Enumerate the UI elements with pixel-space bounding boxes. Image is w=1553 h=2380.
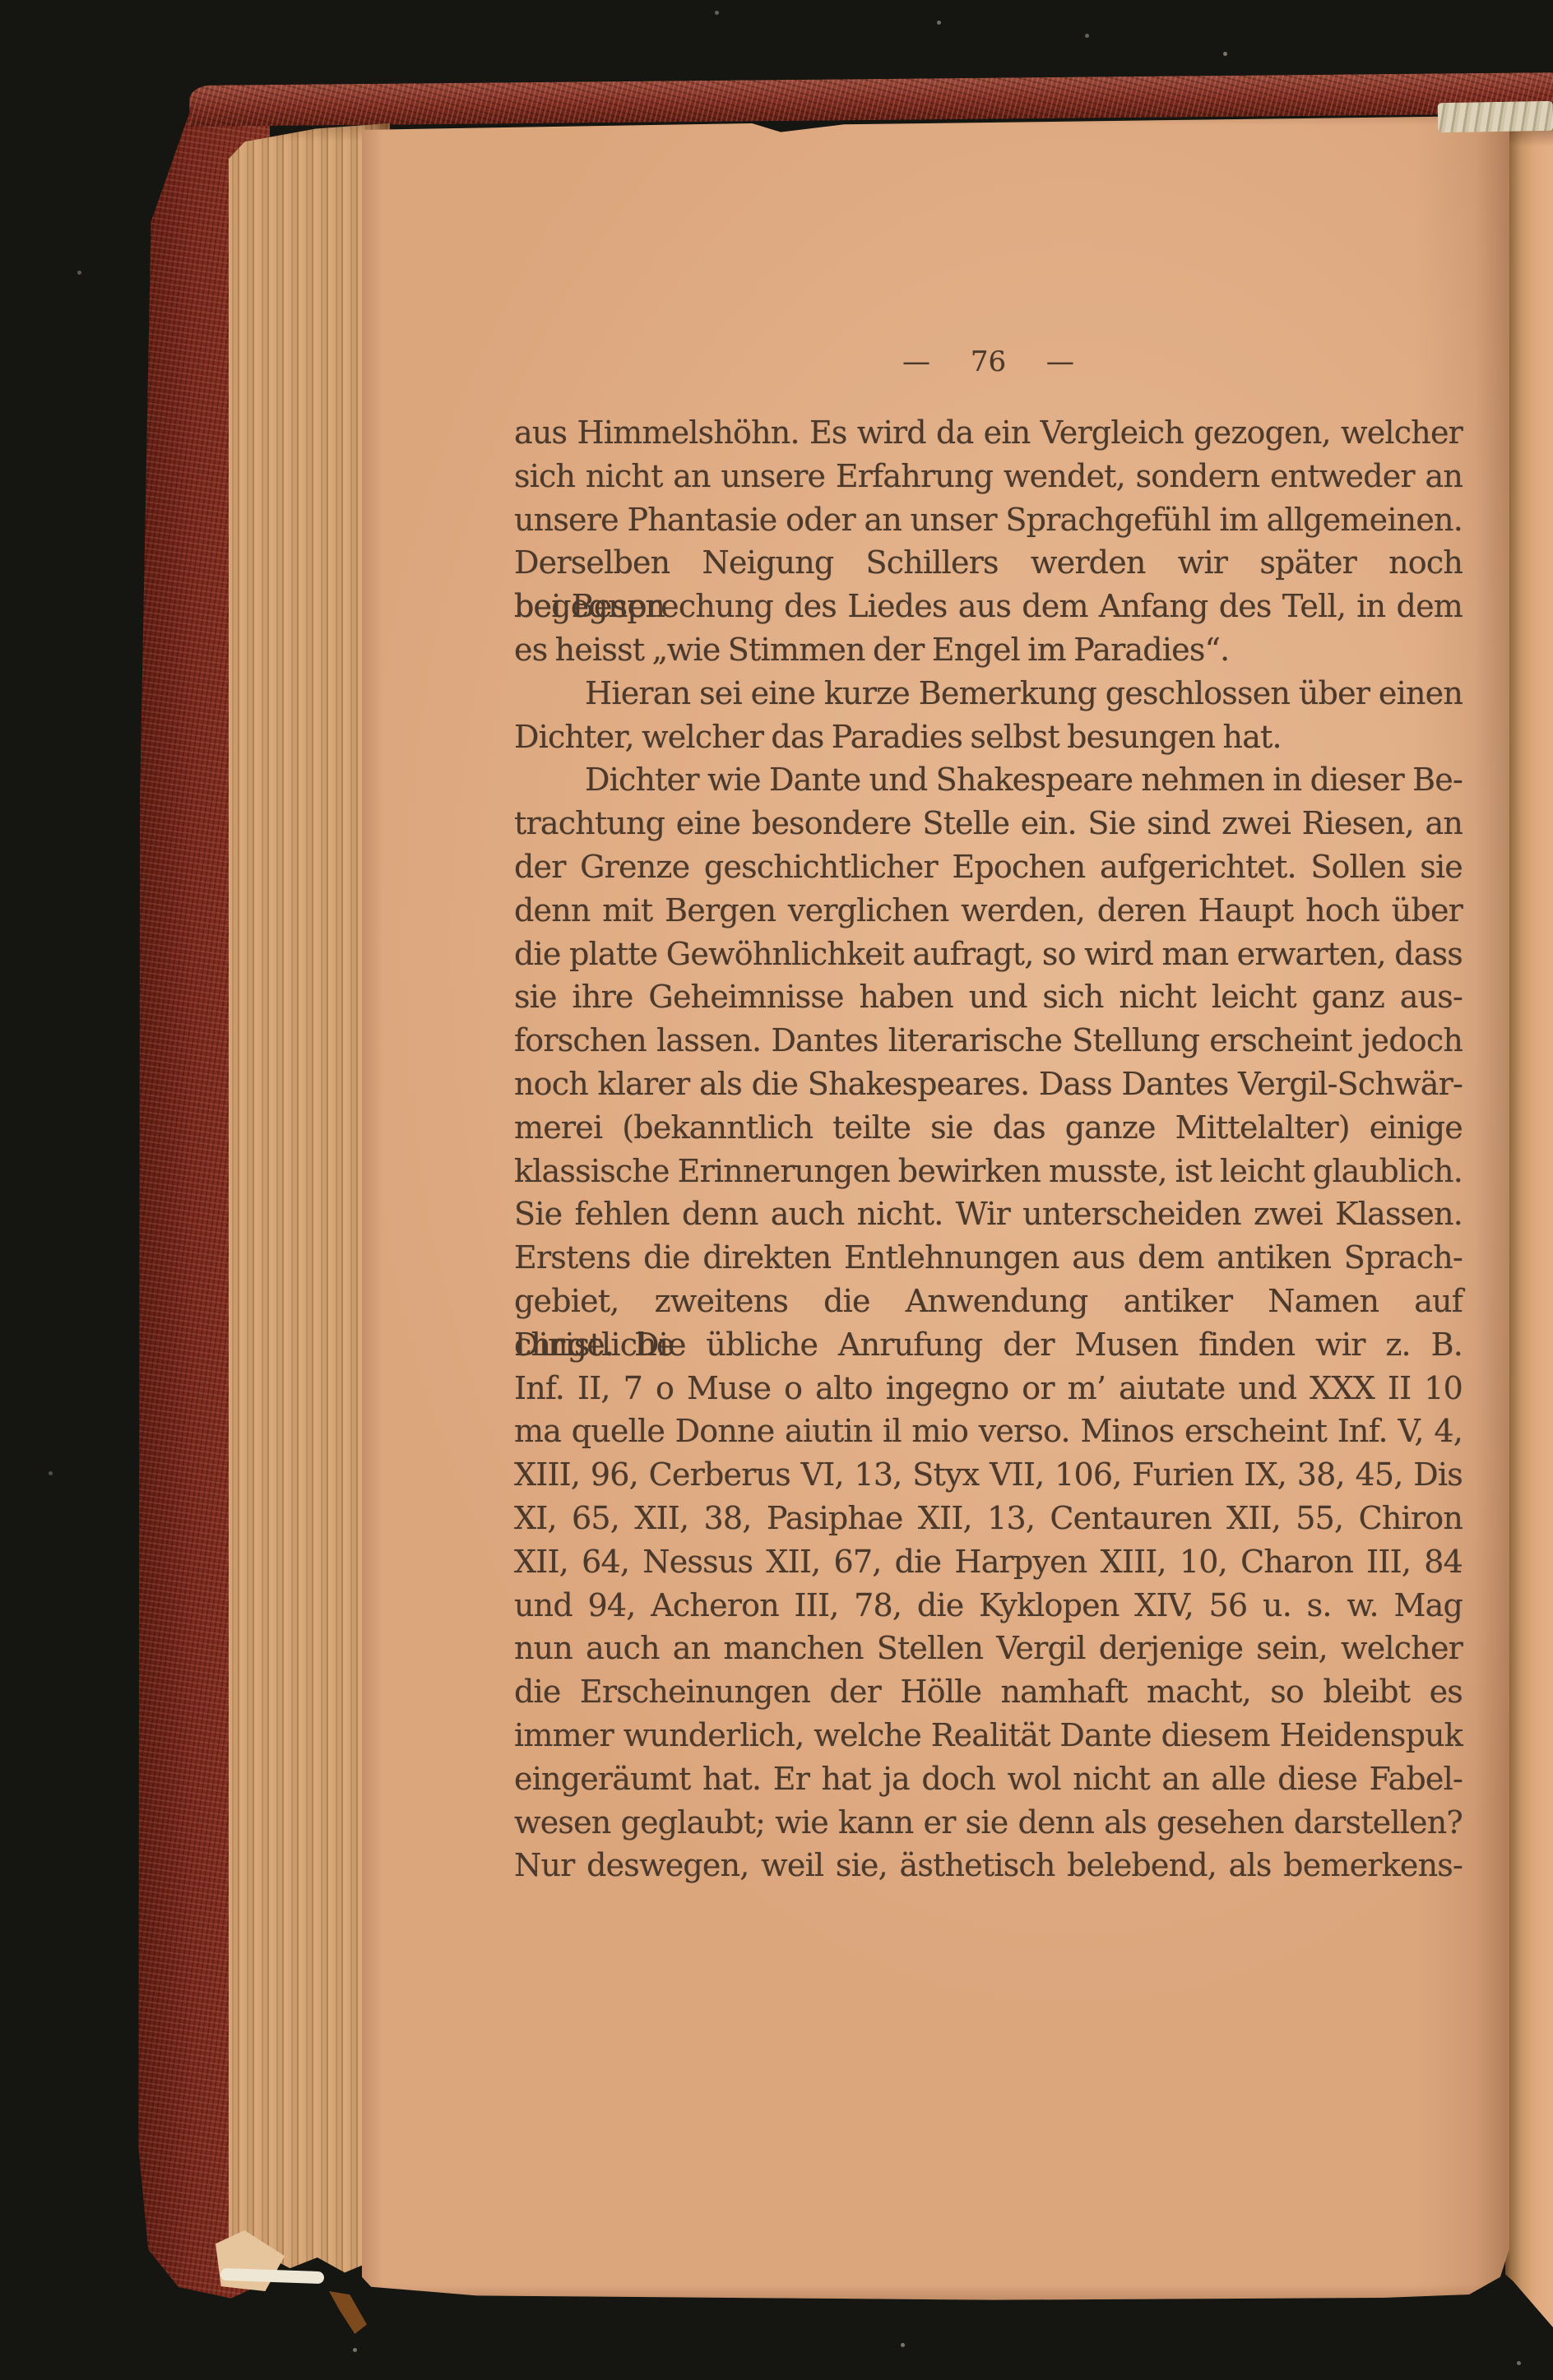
text-line: gebiet, zweitens die Anwendung antiker N… (514, 1280, 1463, 1323)
dust-specks (0, 0, 2, 2)
text-line: Dichter, welcher das Paradies selbst bes… (514, 715, 1463, 759)
text-line: sie ihre Geheimnisse haben und sich nich… (514, 975, 1463, 1019)
text-line: bei Besprechung des Liedes aus dem Anfan… (514, 585, 1463, 628)
text-line: Nur deswegen, weil sie, ästhetisch beleb… (514, 1844, 1463, 1887)
text-line: wesen geglaubt; wie kann er sie denn als… (514, 1801, 1463, 1845)
body-text: aus Himmelshöhn. Es wird da ein Vergleic… (514, 411, 1463, 1887)
book-page: — 76 — aus Himmelshöhn. Es wird da ein V… (362, 113, 1509, 2301)
text-line: Inf. II, 7 o Muse o alto ingegno or m’ a… (514, 1367, 1463, 1410)
text-line: noch klarer als die Shakespeares. Dass D… (514, 1063, 1463, 1106)
text-line: Erstens die direkten Entlehnungen aus de… (514, 1236, 1463, 1280)
torn-leather-bit (329, 2291, 367, 2334)
text-line: aus Himmelshöhn. Es wird da ein Vergleic… (514, 411, 1463, 455)
text-line: forschen lassen. Dantes literarische Ste… (514, 1019, 1463, 1063)
text-line: die platte Gewöhnlichkeit aufragt, so wi… (514, 933, 1463, 976)
page-number: — 76 — (514, 345, 1463, 378)
book-scan: — 76 — aus Himmelshöhn. Es wird da ein V… (0, 0, 1553, 2380)
text-line: XIII, 96, Cerberus VI, 13, Styx VII, 106… (514, 1453, 1463, 1497)
text-line: und 94, Acheron III, 78, die Kyklopen XI… (514, 1584, 1463, 1628)
text-line: klassische Erinnerungen bewirken musste,… (514, 1150, 1463, 1193)
text-line: der Grenze geschichtlicher Epochen aufge… (514, 845, 1463, 889)
text-line: merei (bekanntlich teilte sie das ganze … (514, 1106, 1463, 1150)
book-headband (1438, 101, 1553, 132)
text-line: es heisst „wie Stimmen der Engel im Para… (514, 628, 1463, 672)
text-line: Derselben Neigung Schillers werden wir s… (514, 541, 1463, 585)
text-line: XII, 64, Nessus XII, 67, die Harpyen XII… (514, 1540, 1463, 1584)
text-line: XI, 65, XII, 38, Pasiphae XII, 13, Centa… (514, 1497, 1463, 1540)
text-line: Dichter wie Dante und Shakespeare nehmen… (514, 758, 1463, 802)
text-line: die Erscheinungen der Hölle namhaft mach… (514, 1670, 1463, 1714)
text-line: eingeräumt hat. Er hat ja doch wol nicht… (514, 1757, 1463, 1801)
text-line: trachtung eine besondere Stelle ein. Sie… (514, 802, 1463, 845)
text-line: unsere Phantasie oder an unser Sprachgef… (514, 498, 1463, 542)
text-line: Hieran sei eine kurze Bemerkung geschlos… (514, 672, 1463, 715)
text-line: denn mit Bergen verglichen werden, deren… (514, 889, 1463, 933)
text-line: Dinge. Die übliche Anrufung der Musen fi… (514, 1323, 1463, 1367)
facing-page-edge (1505, 122, 1553, 2327)
text-line: nun auch an manchen Stellen Vergil derje… (514, 1627, 1463, 1670)
text-line: immer wunderlich, welche Realität Dante … (514, 1714, 1463, 1757)
text-line: Sie fehlen denn auch nicht. Wir untersch… (514, 1192, 1463, 1236)
text-line: sich nicht an unsere Erfahrung wendet, s… (514, 455, 1463, 498)
text-line: ma quelle Donne aiutin il mio verso. Min… (514, 1410, 1463, 1453)
